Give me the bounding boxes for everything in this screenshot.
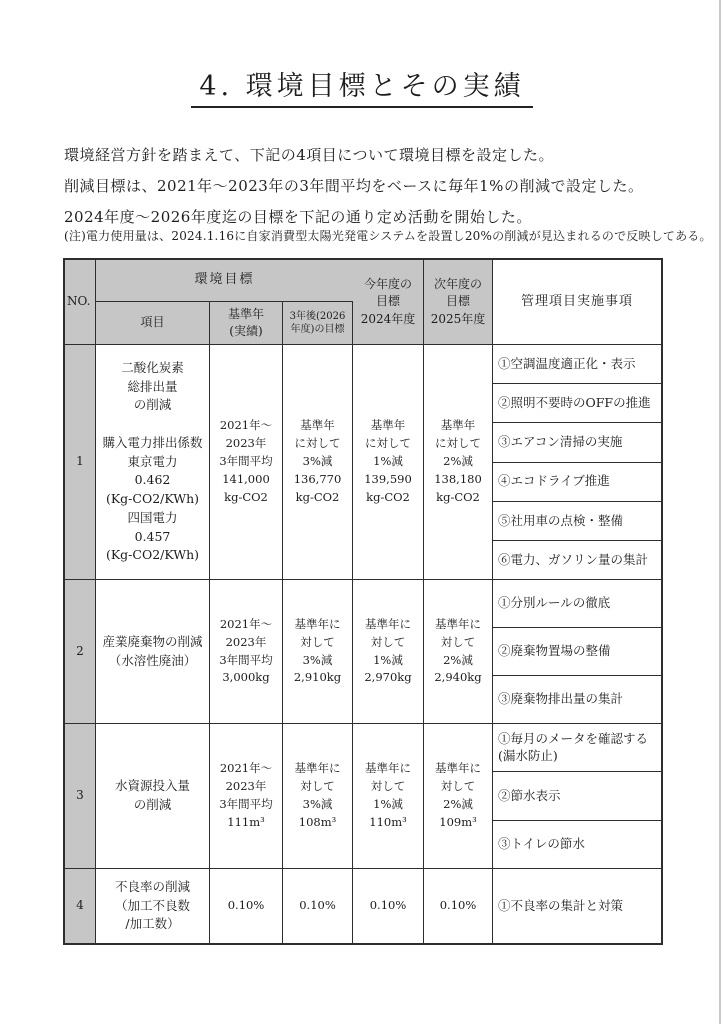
row-4-next-year: 0.10% xyxy=(424,869,493,943)
row-3-management: ①毎月のメータを確認する (漏水防止) ②節水表示 ③トイレの節水 xyxy=(493,724,661,869)
row-1-management: ①空調温度適正化・表示 ②照明不要時のOFFの推進 ③エアコン清掃の実施 ④エコ… xyxy=(493,345,661,580)
row-1-item: 二酸化炭素 総排出量 の削減 購入電力排出係数 東京電力 0.462 (Kg-C… xyxy=(96,345,210,580)
header-item: 項目 xyxy=(96,302,210,345)
row-2-no: 2 xyxy=(65,580,96,724)
row-4-base-year: 0.10% xyxy=(210,869,283,943)
row-2-item: 産業廃棄物の削減 （水溶性廃油） xyxy=(96,580,210,724)
row-3-this-year: 基準年に 対して 1%減 110m³ xyxy=(353,724,424,869)
document-page: 4. 環境目標とその実績 環境経営方針を踏まえて、下記の4項目について環境目標を… xyxy=(0,0,724,1024)
management-item: ②廃棄物置場の整備 xyxy=(493,628,661,676)
table-row-water: 3 水資源投入量 の削減 2021年～ 2023年 3年間平均 111m³ 基準… xyxy=(65,724,661,869)
management-item: ⑤社用車の点検・整備 xyxy=(493,502,661,541)
intro-line-1: 環境経営方針を踏まえて、下記の4項目について環境目標を設定した。 xyxy=(64,140,643,171)
intro-line-2: 削減目標は、2021年～2023年の3年間平均をベースに毎年1%の削減で設定した… xyxy=(64,171,643,202)
management-item: ③エアコン清掃の実施 xyxy=(493,423,661,462)
row-3-no: 3 xyxy=(65,724,96,869)
management-item: ①毎月のメータを確認する (漏水防止) xyxy=(493,724,661,772)
header-env-goal: 環境目標 xyxy=(96,260,353,302)
management-item: ③廃棄物排出量の集計 xyxy=(493,676,661,723)
row-1-base-year: 2021年～ 2023年 3年間平均 141,000 kg-CO2 xyxy=(210,345,283,580)
table-row-waste: 2 産業廃棄物の削減 （水溶性廃油） 2021年～ 2023年 3年間平均 3,… xyxy=(65,580,661,724)
intro-paragraph: 環境経営方針を踏まえて、下記の4項目について環境目標を設定した。 削減目標は、2… xyxy=(64,140,643,233)
header-target-3yr: 3年後(2026 年度)の目標 xyxy=(283,302,353,345)
management-item: ①空調温度適正化・表示 xyxy=(493,345,661,384)
header-management: 管理項目実施事項 xyxy=(493,260,661,345)
header-no: NO. xyxy=(65,260,96,345)
table-row-co2: 1 二酸化炭素 総排出量 の削減 購入電力排出係数 東京電力 0.462 (Kg… xyxy=(65,345,661,580)
management-item: ①不良率の集計と対策 xyxy=(493,869,661,943)
row-3-target-3yr: 基準年に 対して 3%減 108m³ xyxy=(283,724,353,869)
management-item: ④エコドライブ推進 xyxy=(493,463,661,502)
row-4-management: ①不良率の集計と対策 xyxy=(493,869,661,943)
row-3-base-year: 2021年～ 2023年 3年間平均 111m³ xyxy=(210,724,283,869)
row-1-this-year: 基準年 に対して 1%減 139,590 kg-CO2 xyxy=(353,345,424,580)
row-4-target-3yr: 0.10% xyxy=(283,869,353,943)
management-item: ①分別ルールの徹底 xyxy=(493,580,661,628)
row-2-management: ①分別ルールの徹底 ②廃棄物置場の整備 ③廃棄物排出量の集計 xyxy=(493,580,661,724)
management-item: ②照明不要時のOFFの推進 xyxy=(493,384,661,423)
management-item: ②節水表示 xyxy=(493,772,661,820)
row-4-this-year: 0.10% xyxy=(353,869,424,943)
table-row-defect: 4 不良率の削減 （加工不良数 /加工数） 0.10% 0.10% 0.10% … xyxy=(65,869,661,943)
header-base-year: 基準年 (実績) xyxy=(210,302,283,345)
row-1-next-year: 基準年 に対して 2%減 138,180 kg-CO2 xyxy=(424,345,493,580)
row-2-target-3yr: 基準年に 対して 3%減 2,910kg xyxy=(283,580,353,724)
footnote: (注)電力使用量は、2024.1.16に自家消費型太陽光発電システムを設置し20… xyxy=(64,227,712,244)
page-title: 4. 環境目標とその実績 xyxy=(0,64,724,108)
header-env-goal-subrow: 項目 基準年 (実績) 3年後(2026 年度)の目標 xyxy=(96,302,353,345)
scan-edge-artifact xyxy=(719,0,721,1024)
row-1-target-3yr: 基準年 に対して 3%減 136,770 kg-CO2 xyxy=(283,345,353,580)
row-4-item: 不良率の削減 （加工不良数 /加工数） xyxy=(96,869,210,943)
header-next-year: 次年度の 目標 2025年度 xyxy=(424,260,493,345)
row-1-no: 1 xyxy=(65,345,96,580)
row-2-next-year: 基準年に 対して 2%減 2,940kg xyxy=(424,580,493,724)
env-goals-table: NO. 環境目標 項目 基準年 (実績) 3年後(2026 年度)の目標 今年度… xyxy=(63,258,663,945)
management-item: ③トイレの節水 xyxy=(493,821,661,868)
header-this-year: 今年度の 目標 2024年度 xyxy=(353,260,424,345)
row-4-no: 4 xyxy=(65,869,96,943)
page-title-text: 4. 環境目標とその実績 xyxy=(191,64,532,108)
header-env-goal-group: 環境目標 項目 基準年 (実績) 3年後(2026 年度)の目標 xyxy=(96,260,353,345)
table-header-row: NO. 環境目標 項目 基準年 (実績) 3年後(2026 年度)の目標 今年度… xyxy=(65,260,661,345)
row-3-item: 水資源投入量 の削減 xyxy=(96,724,210,869)
management-item: ⑥電力、ガソリン量の集計 xyxy=(493,541,661,579)
row-2-this-year: 基準年に 対して 1%減 2,970kg xyxy=(353,580,424,724)
row-3-next-year: 基準年に 対して 2%減 109m³ xyxy=(424,724,493,869)
row-2-base-year: 2021年～ 2023年 3年間平均 3,000kg xyxy=(210,580,283,724)
